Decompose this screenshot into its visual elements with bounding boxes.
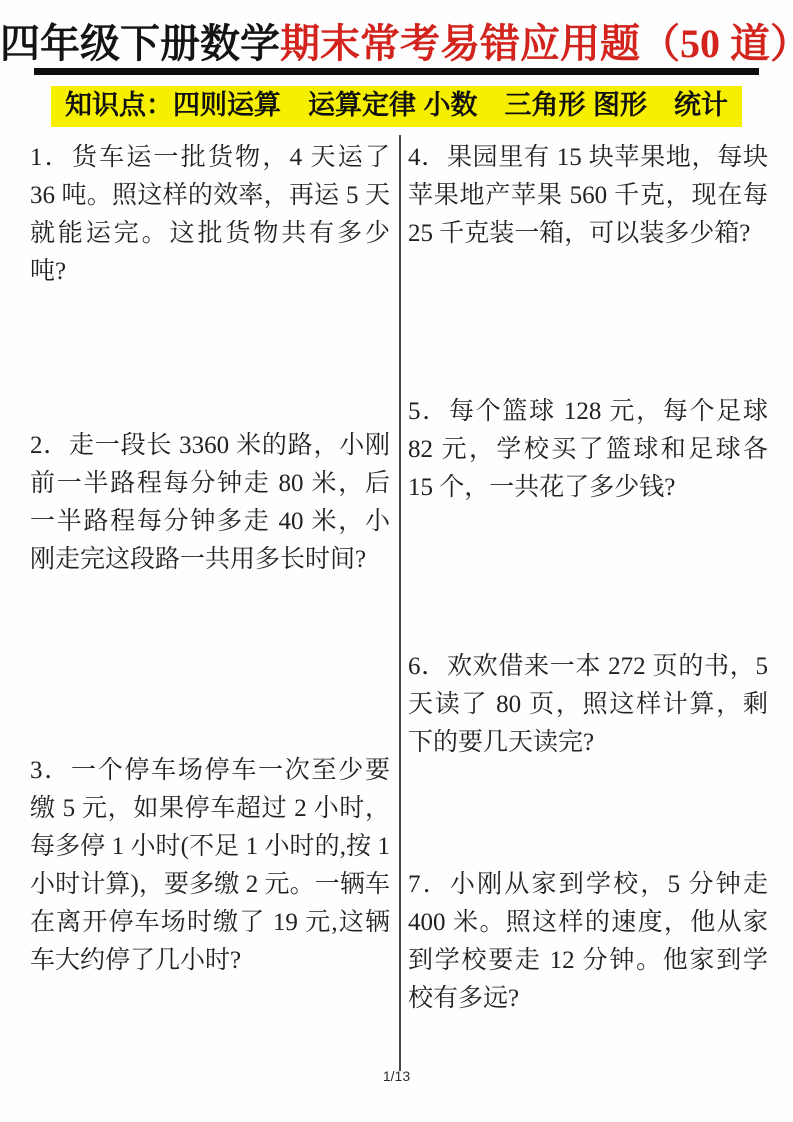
question-column-right: 4．果园里有 15 块苹果地，每块苹果地产苹果 560 千克，现在每 25 千克… — [408, 135, 768, 1071]
question-3-number: 3． — [30, 757, 71, 784]
questions-area: 1．货车运一批货物，4 天运了 36 吨。照这样的效率，再运 5 天就能运完。这… — [0, 135, 793, 1071]
question-4-number: 4． — [408, 144, 447, 171]
title-underline — [34, 68, 759, 75]
knowledge-points-bar: 知识点：四则运算 运算定律 小数 三角形 图形 统计 — [51, 86, 742, 127]
question-2-text: 走一段长 3360 米的路，小刚前一半路程每分钟走 80 米，后一半路程每分钟多… — [30, 432, 390, 573]
question-7-number: 7． — [408, 871, 450, 898]
worksheet-page: 四年级下册数学期末常考易错应用题（50 道） 知识点：四则运算 运算定律 小数 … — [0, 0, 793, 1122]
knowledge-points-row: 知识点：四则运算 运算定律 小数 三角形 图形 统计 — [0, 86, 793, 127]
question-3-text: 一个停车场停车一次至少要缴 5 元，如果停车超过 2 小时，每多停 1 小时(不… — [30, 757, 390, 974]
page-title: 四年级下册数学期末常考易错应用题（50 道） — [0, 24, 793, 64]
question-6-number: 6． — [408, 653, 447, 680]
page-number: 1/13 — [383, 1068, 410, 1084]
column-divider — [399, 135, 401, 1071]
question-6-text: 欢欢借来一本 272 页的书，5 天读了 80 页，照这样计算，剩下的要几天读完… — [408, 653, 768, 756]
question-5-number: 5． — [408, 398, 449, 425]
question-4: 4．果园里有 15 块苹果地，每块苹果地产苹果 560 千克，现在每 25 千克… — [408, 139, 768, 253]
question-2: 2．走一段长 3360 米的路，小刚前一半路程每分钟走 80 米，后一半路程每分… — [30, 427, 390, 579]
question-column-left: 1．货车运一批货物，4 天运了 36 吨。照这样的效率，再运 5 天就能运完。这… — [30, 135, 390, 1071]
question-7: 7．小刚从家到学校，5 分钟走 400 米。照这样的速度，他从家到学校要走 12… — [408, 866, 768, 1018]
question-5: 5．每个篮球 128 元，每个足球 82 元，学校买了篮球和足球各 15 个，一… — [408, 393, 768, 507]
question-6: 6．欢欢借来一本 272 页的书，5 天读了 80 页，照这样计算，剩下的要几天… — [408, 648, 768, 762]
question-4-text: 果园里有 15 块苹果地，每块苹果地产苹果 560 千克，现在每 25 千克装一… — [408, 144, 768, 247]
question-7-text: 小刚从家到学校，5 分钟走 400 米。照这样的速度，他从家到学校要走 12 分… — [408, 871, 768, 1012]
question-3: 3．一个停车场停车一次至少要缴 5 元，如果停车超过 2 小时，每多停 1 小时… — [30, 752, 390, 980]
question-5-text: 每个篮球 128 元，每个足球 82 元，学校买了篮球和足球各 15 个，一共花… — [408, 398, 768, 501]
page-header: 四年级下册数学期末常考易错应用题（50 道） 知识点：四则运算 运算定律 小数 … — [0, 24, 793, 127]
title-segment-black: 四年级下册数学 — [0, 21, 280, 66]
question-1: 1．货车运一批货物，4 天运了 36 吨。照这样的效率，再运 5 天就能运完。这… — [30, 139, 390, 291]
question-1-number: 1． — [30, 144, 72, 171]
title-segment-red: 期末常考易错应用题（50 道） — [280, 21, 793, 66]
question-1-text: 货车运一批货物，4 天运了 36 吨。照这样的效率，再运 5 天就能运完。这批货… — [30, 144, 390, 285]
question-2-number: 2． — [30, 432, 69, 459]
page-footer: 1/13 — [0, 1068, 793, 1084]
